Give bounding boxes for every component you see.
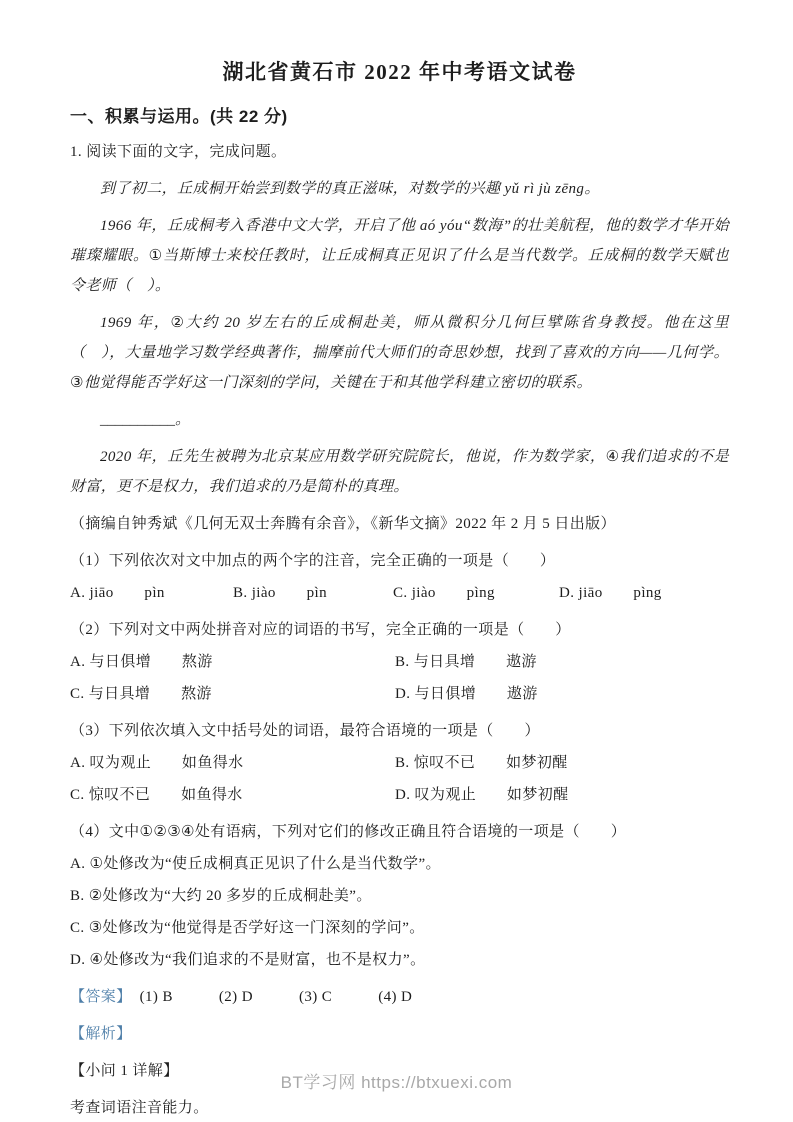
subquestion-2-options-row-1: A. 与日俱增 熬游 B. 与日具增 遨游 <box>70 647 729 677</box>
page-content: 湖北省黄石市 2022 年中考语文试卷 一、积累与运用。(共 22 分) 1. … <box>0 0 793 1122</box>
option-b: B. jiào pìn <box>233 578 393 608</box>
source-note: （摘编自钟秀斌《几何无双士奔腾有余音》，《新华文摘》2022 年 2 月 5 日… <box>70 509 729 539</box>
exam-page: 湖北省黄石市 2022 年中考语文试卷 一、积累与运用。(共 22 分) 1. … <box>0 0 793 1122</box>
subquestion-4-stem: （4）文中①②③④处有语病，下列对它们的修改正确且符合语境的一项是（ ） <box>70 817 729 847</box>
option-a: A. jiāo pìn <box>70 578 233 608</box>
option-a: A. ①处修改为“使丘成桐真正见识了什么是当代数学”。 <box>70 849 729 879</box>
option-c: C. ③处修改为“他觉得是否学好这一门深刻的学问”。 <box>70 913 729 943</box>
passage-paragraph-2: 1966 年，丘成桐考入香港中文大学，开启了他 aó yóu“数海”的壮美航程，… <box>70 211 729 301</box>
watermark: BT学习网 https://btxuexi.com <box>0 1068 793 1093</box>
answer-item-3: (3) C <box>299 982 332 1012</box>
option-d: D. 与日俱增 遨游 <box>395 679 729 709</box>
option-b: B. ②处修改为“大约 20 多岁的丘成桐赴美”。 <box>70 881 729 911</box>
option-d: D. 叹为观止 如梦初醒 <box>395 780 729 810</box>
subquestion-2-stem: （2）下列对文中两处拼音对应的词语的书写，完全正确的一项是（ ） <box>70 615 729 645</box>
option-c: C. 与日具增 熬游 <box>70 679 395 709</box>
subquestion-2-options-row-2: C. 与日具增 熬游 D. 与日俱增 遨游 <box>70 679 729 709</box>
question-intro: 1. 阅读下面的文字，完成问题。 <box>70 137 729 167</box>
option-c: C. jiào pìng <box>393 578 559 608</box>
passage-paragraph-4: 2020 年，丘先生被聘为北京某应用数学研究院院长，他说，作为数学家，④我们追求… <box>70 442 729 502</box>
option-c: C. 惊叹不已 如鱼得水 <box>70 780 395 810</box>
option-d: D. ④处修改为“我们追求的不是财富，也不是权力”。 <box>70 945 729 975</box>
option-a: A. 叹为观止 如鱼得水 <box>70 748 395 778</box>
analysis-label: 【解析】 <box>70 1019 729 1049</box>
answer-label: 【答案】 <box>70 982 132 1012</box>
subquestion-3-options-row-2: C. 惊叹不已 如鱼得水 D. 叹为观止 如梦初醒 <box>70 780 729 810</box>
passage-paragraph-1: 到了初二，丘成桐开始尝到数学的真正滋味，对数学的兴趣 yǔ rì jù zēng… <box>70 174 729 204</box>
option-d: D. jiāo pìng <box>559 578 729 608</box>
subquestion-1-options: A. jiāo pìn B. jiào pìn C. jiào pìng D. … <box>70 578 729 608</box>
detail-body: 考查词语注音能力。 <box>70 1093 729 1122</box>
option-b: B. 与日具增 遨游 <box>395 647 729 677</box>
section-heading: 一、积累与运用。(共 22 分) <box>70 104 729 130</box>
answer-item-2: (2) D <box>219 982 253 1012</box>
option-a: A. 与日俱增 熬游 <box>70 647 395 677</box>
page-title: 湖北省黄石市 2022 年中考语文试卷 <box>70 56 729 88</box>
answer-line: 【答案】 (1) B (2) D (3) C (4) D <box>70 982 729 1012</box>
subquestion-3-stem: （3）下列依次填入文中括号处的词语，最符合语境的一项是（ ） <box>70 716 729 746</box>
blank-answer-line: __________。 <box>70 405 729 435</box>
passage-paragraph-3: 1969 年，②大约 20 岁左右的丘成桐赴美，师从微积分几何巨擘陈省身教授。他… <box>70 308 729 398</box>
subquestion-3-options-row-1: A. 叹为观止 如鱼得水 B. 惊叹不已 如梦初醒 <box>70 748 729 778</box>
answer-item-1: (1) B <box>140 982 173 1012</box>
option-b: B. 惊叹不已 如梦初醒 <box>395 748 729 778</box>
answer-item-4: (4) D <box>378 982 412 1012</box>
answer-items: (1) B (2) D (3) C (4) D <box>140 982 413 1012</box>
subquestion-1-stem: （1）下列依次对文中加点的两个字的注音，完全正确的一项是（ ） <box>70 546 729 576</box>
